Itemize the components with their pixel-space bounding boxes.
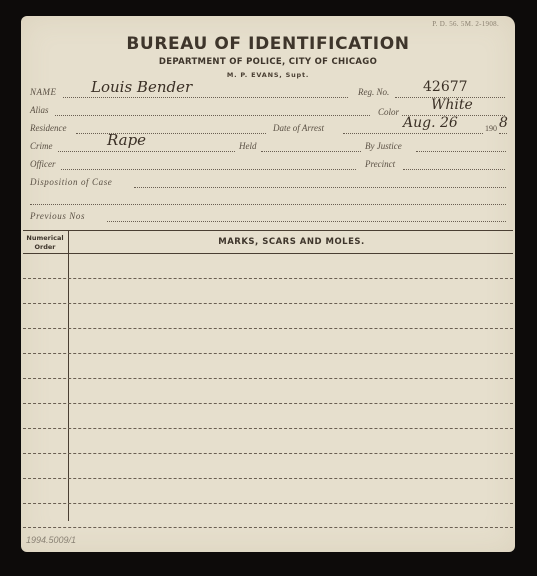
- numerical-order-header: Numerical Order: [23, 234, 67, 252]
- disposition-line: [134, 187, 506, 188]
- card-title: BUREAU OF IDENTIFICATION: [21, 34, 515, 54]
- crime-value[interactable]: Rape: [107, 131, 146, 149]
- residence-line: [76, 133, 266, 134]
- reg-no-label: Reg. No.: [358, 87, 389, 97]
- alias-line: [55, 115, 370, 116]
- table-row[interactable]: [23, 478, 513, 479]
- name-line: [63, 97, 348, 98]
- table-row[interactable]: [23, 403, 513, 404]
- table-header-rule: [23, 253, 513, 254]
- card-subtitle: DEPARTMENT OF POLICE, CITY OF CHICAGO: [21, 57, 515, 67]
- name-label: NAME: [30, 87, 57, 97]
- date-of-arrest-line: [343, 133, 483, 134]
- year-line: [499, 133, 507, 134]
- previous-nos-line: [107, 221, 506, 222]
- alias-label: Alias: [30, 105, 49, 115]
- crime-line: [58, 151, 235, 152]
- officer-line: [61, 169, 356, 170]
- previous-nos-label: Previous Nos: [30, 211, 85, 221]
- table-top-rule: [23, 230, 513, 231]
- officer-label: Officer: [30, 159, 56, 169]
- by-justice-label: By Justice: [365, 141, 402, 151]
- crime-label: Crime: [30, 141, 53, 151]
- color-value[interactable]: White: [431, 97, 473, 113]
- year-suffix-value[interactable]: 8: [499, 115, 508, 131]
- by-justice-line: [416, 151, 506, 152]
- disposition-label: Disposition of Case: [30, 177, 112, 187]
- disposition-line-2: [30, 204, 506, 205]
- numerical-header-line1: Numerical: [23, 234, 67, 243]
- date-of-arrest-value[interactable]: Aug. 26: [403, 115, 458, 131]
- date-of-arrest-label: Date of Arrest: [273, 123, 324, 133]
- precinct-label: Precinct: [365, 159, 395, 169]
- numerical-header-line2: Order: [23, 243, 67, 252]
- table-row[interactable]: [23, 353, 513, 354]
- reg-no-value[interactable]: 42677: [423, 79, 468, 95]
- held-label: Held: [239, 141, 257, 151]
- residence-label: Residence: [30, 123, 66, 133]
- table-row[interactable]: [23, 453, 513, 454]
- name-value[interactable]: Louis Bender: [91, 78, 192, 96]
- table-row[interactable]: [23, 278, 513, 279]
- table-row[interactable]: [23, 328, 513, 329]
- table-row[interactable]: [23, 503, 513, 504]
- color-label: Color: [378, 107, 399, 117]
- table-row[interactable]: [23, 378, 513, 379]
- catalog-number: 1994.5009/1: [26, 535, 76, 545]
- table-row[interactable]: [23, 303, 513, 304]
- marks-scars-moles-header: MARKS, SCARS AND MOLES.: [68, 237, 515, 247]
- identification-card: P. D. 56. 5M. 2-1908. BUREAU OF IDENTIFI…: [21, 16, 515, 552]
- year-prefix: 190: [485, 124, 497, 133]
- table-row[interactable]: [23, 527, 513, 528]
- precinct-line: [403, 169, 505, 170]
- held-line: [261, 151, 361, 152]
- print-code: P. D. 56. 5M. 2-1908.: [432, 20, 499, 28]
- table-row[interactable]: [23, 428, 513, 429]
